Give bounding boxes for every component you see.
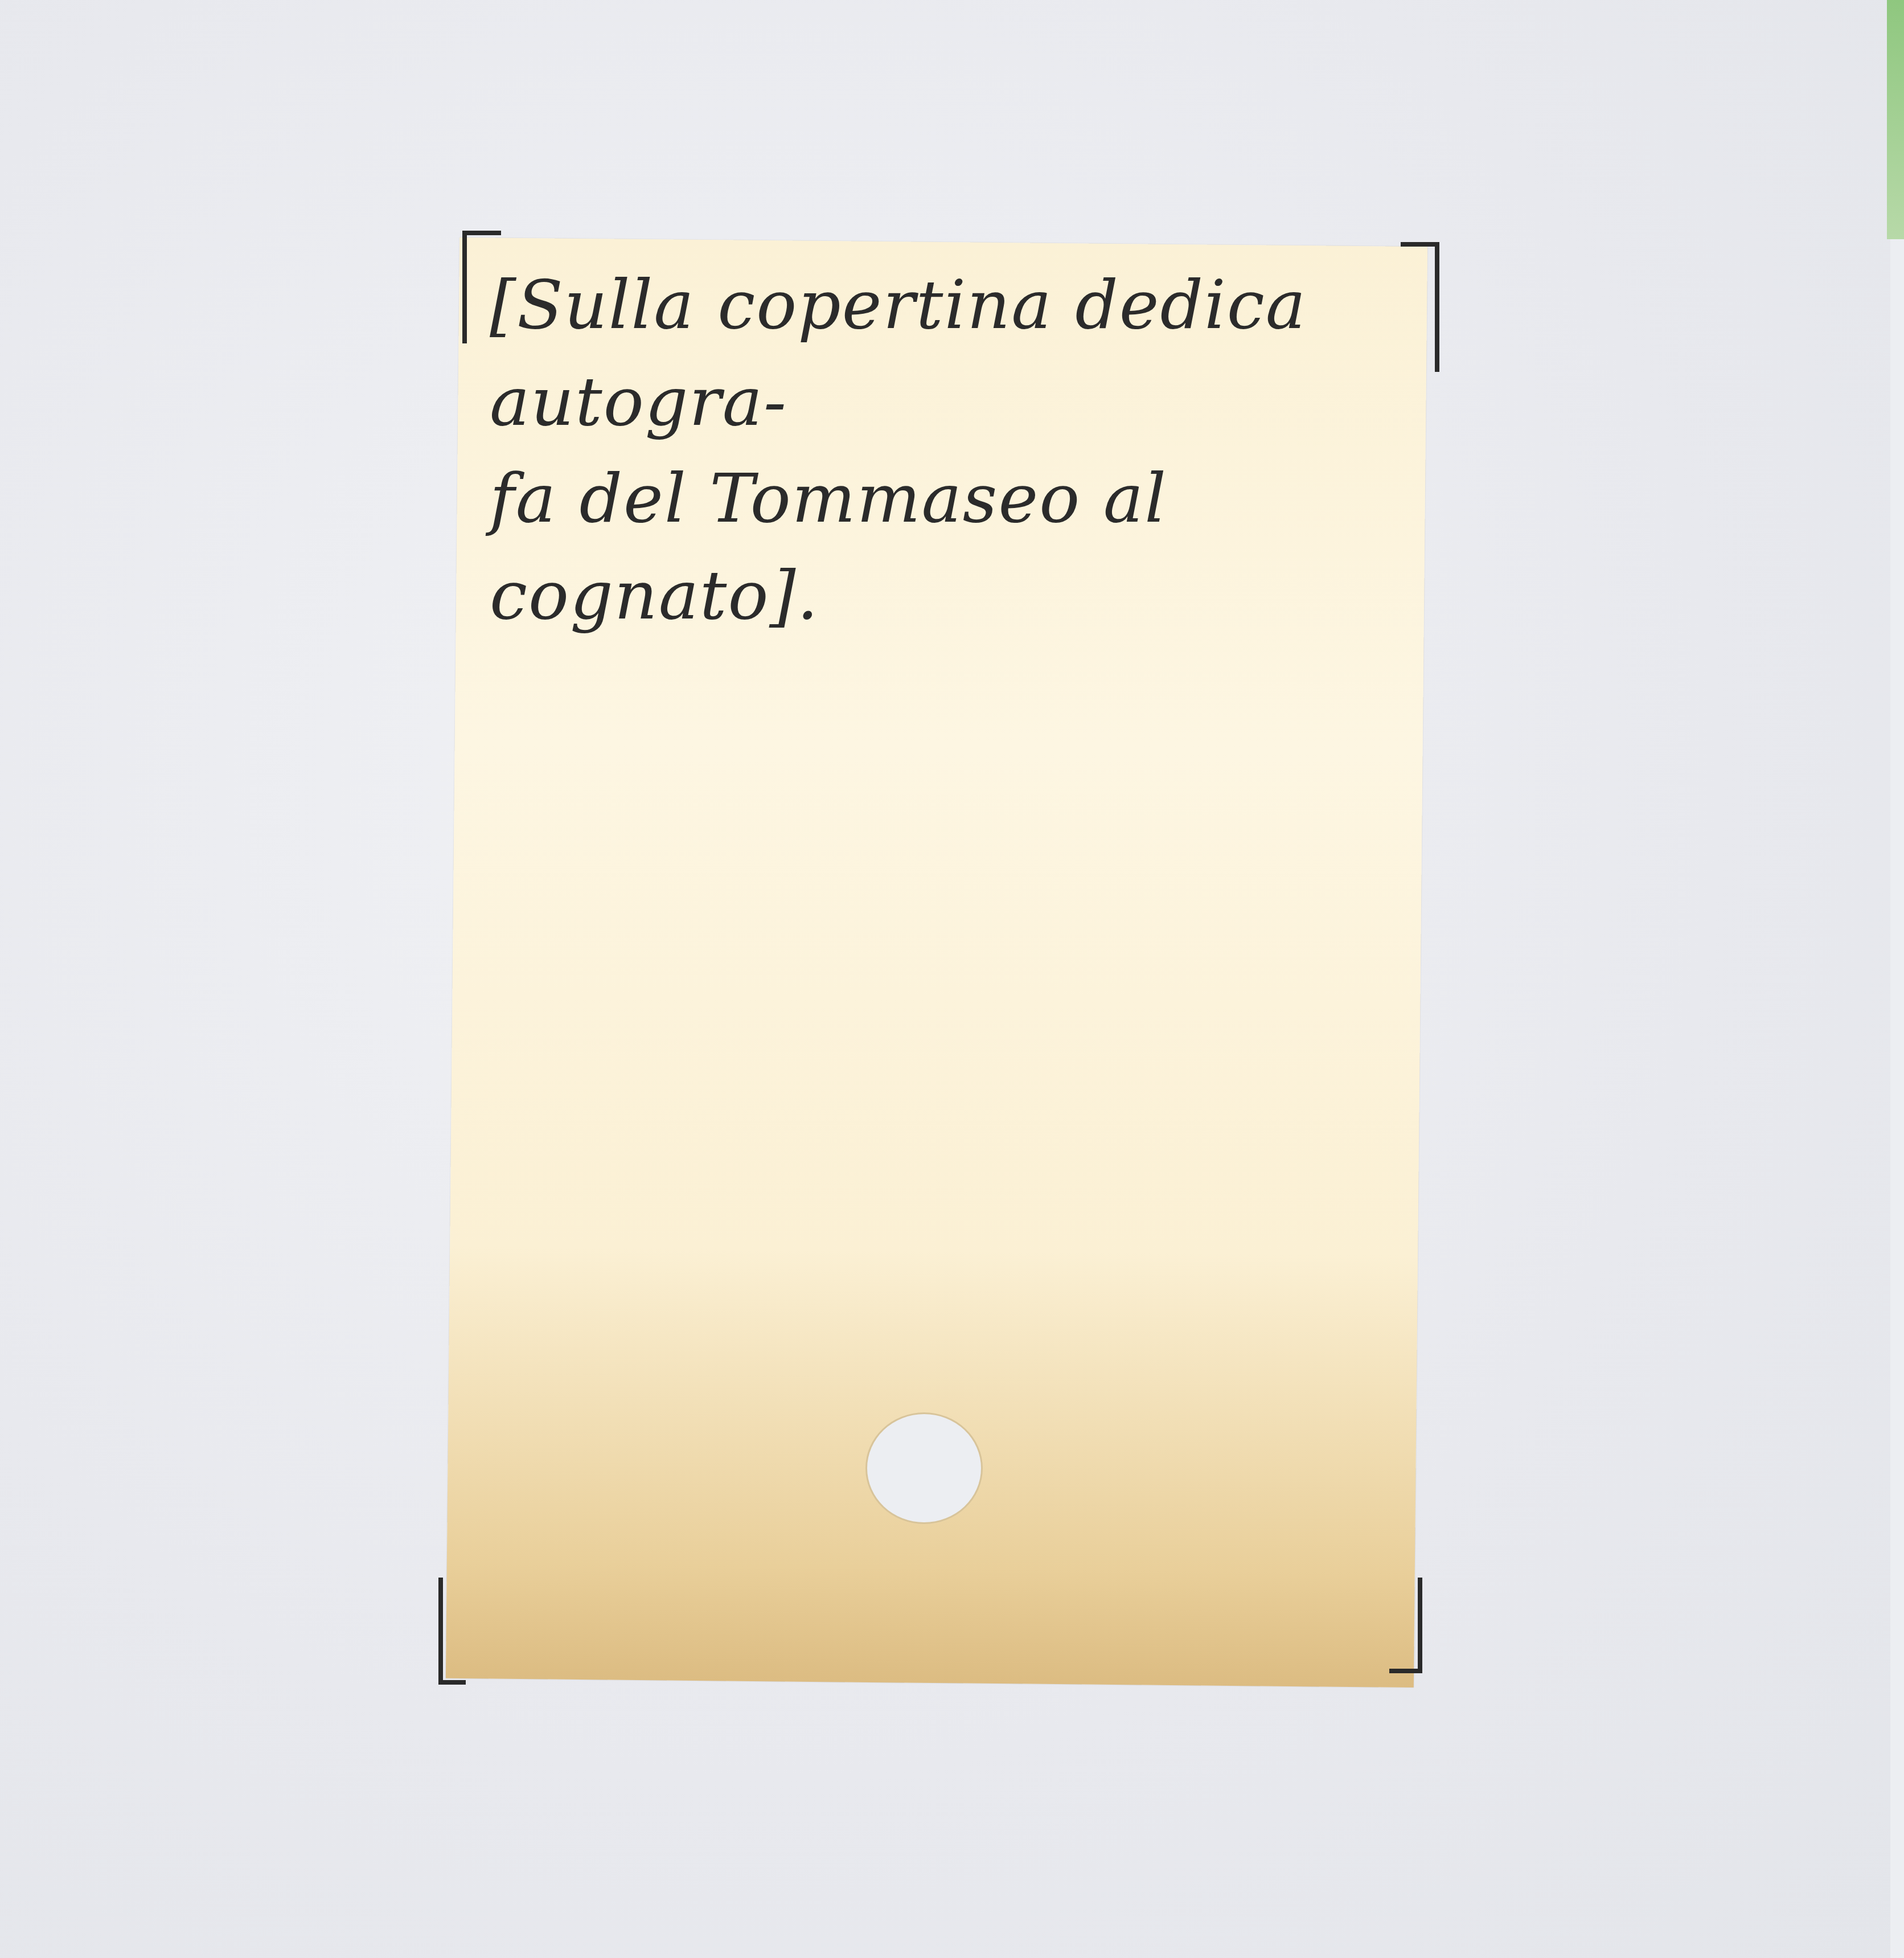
- handwritten-note: [Sulla copertina dedica autogra- fa del …: [490, 256, 1401, 644]
- note-line-2: fa del Tommaseo al cognato].: [490, 450, 1401, 644]
- punch-hole: [865, 1412, 983, 1524]
- note-line-1: [Sulla copertina dedica autogra-: [490, 256, 1401, 450]
- photo-corner-top-right: [1401, 242, 1439, 372]
- photo-corner-bottom-right: [1389, 1578, 1422, 1673]
- green-edge: [1887, 0, 1904, 239]
- photo-corner-bottom-left: [438, 1578, 466, 1685]
